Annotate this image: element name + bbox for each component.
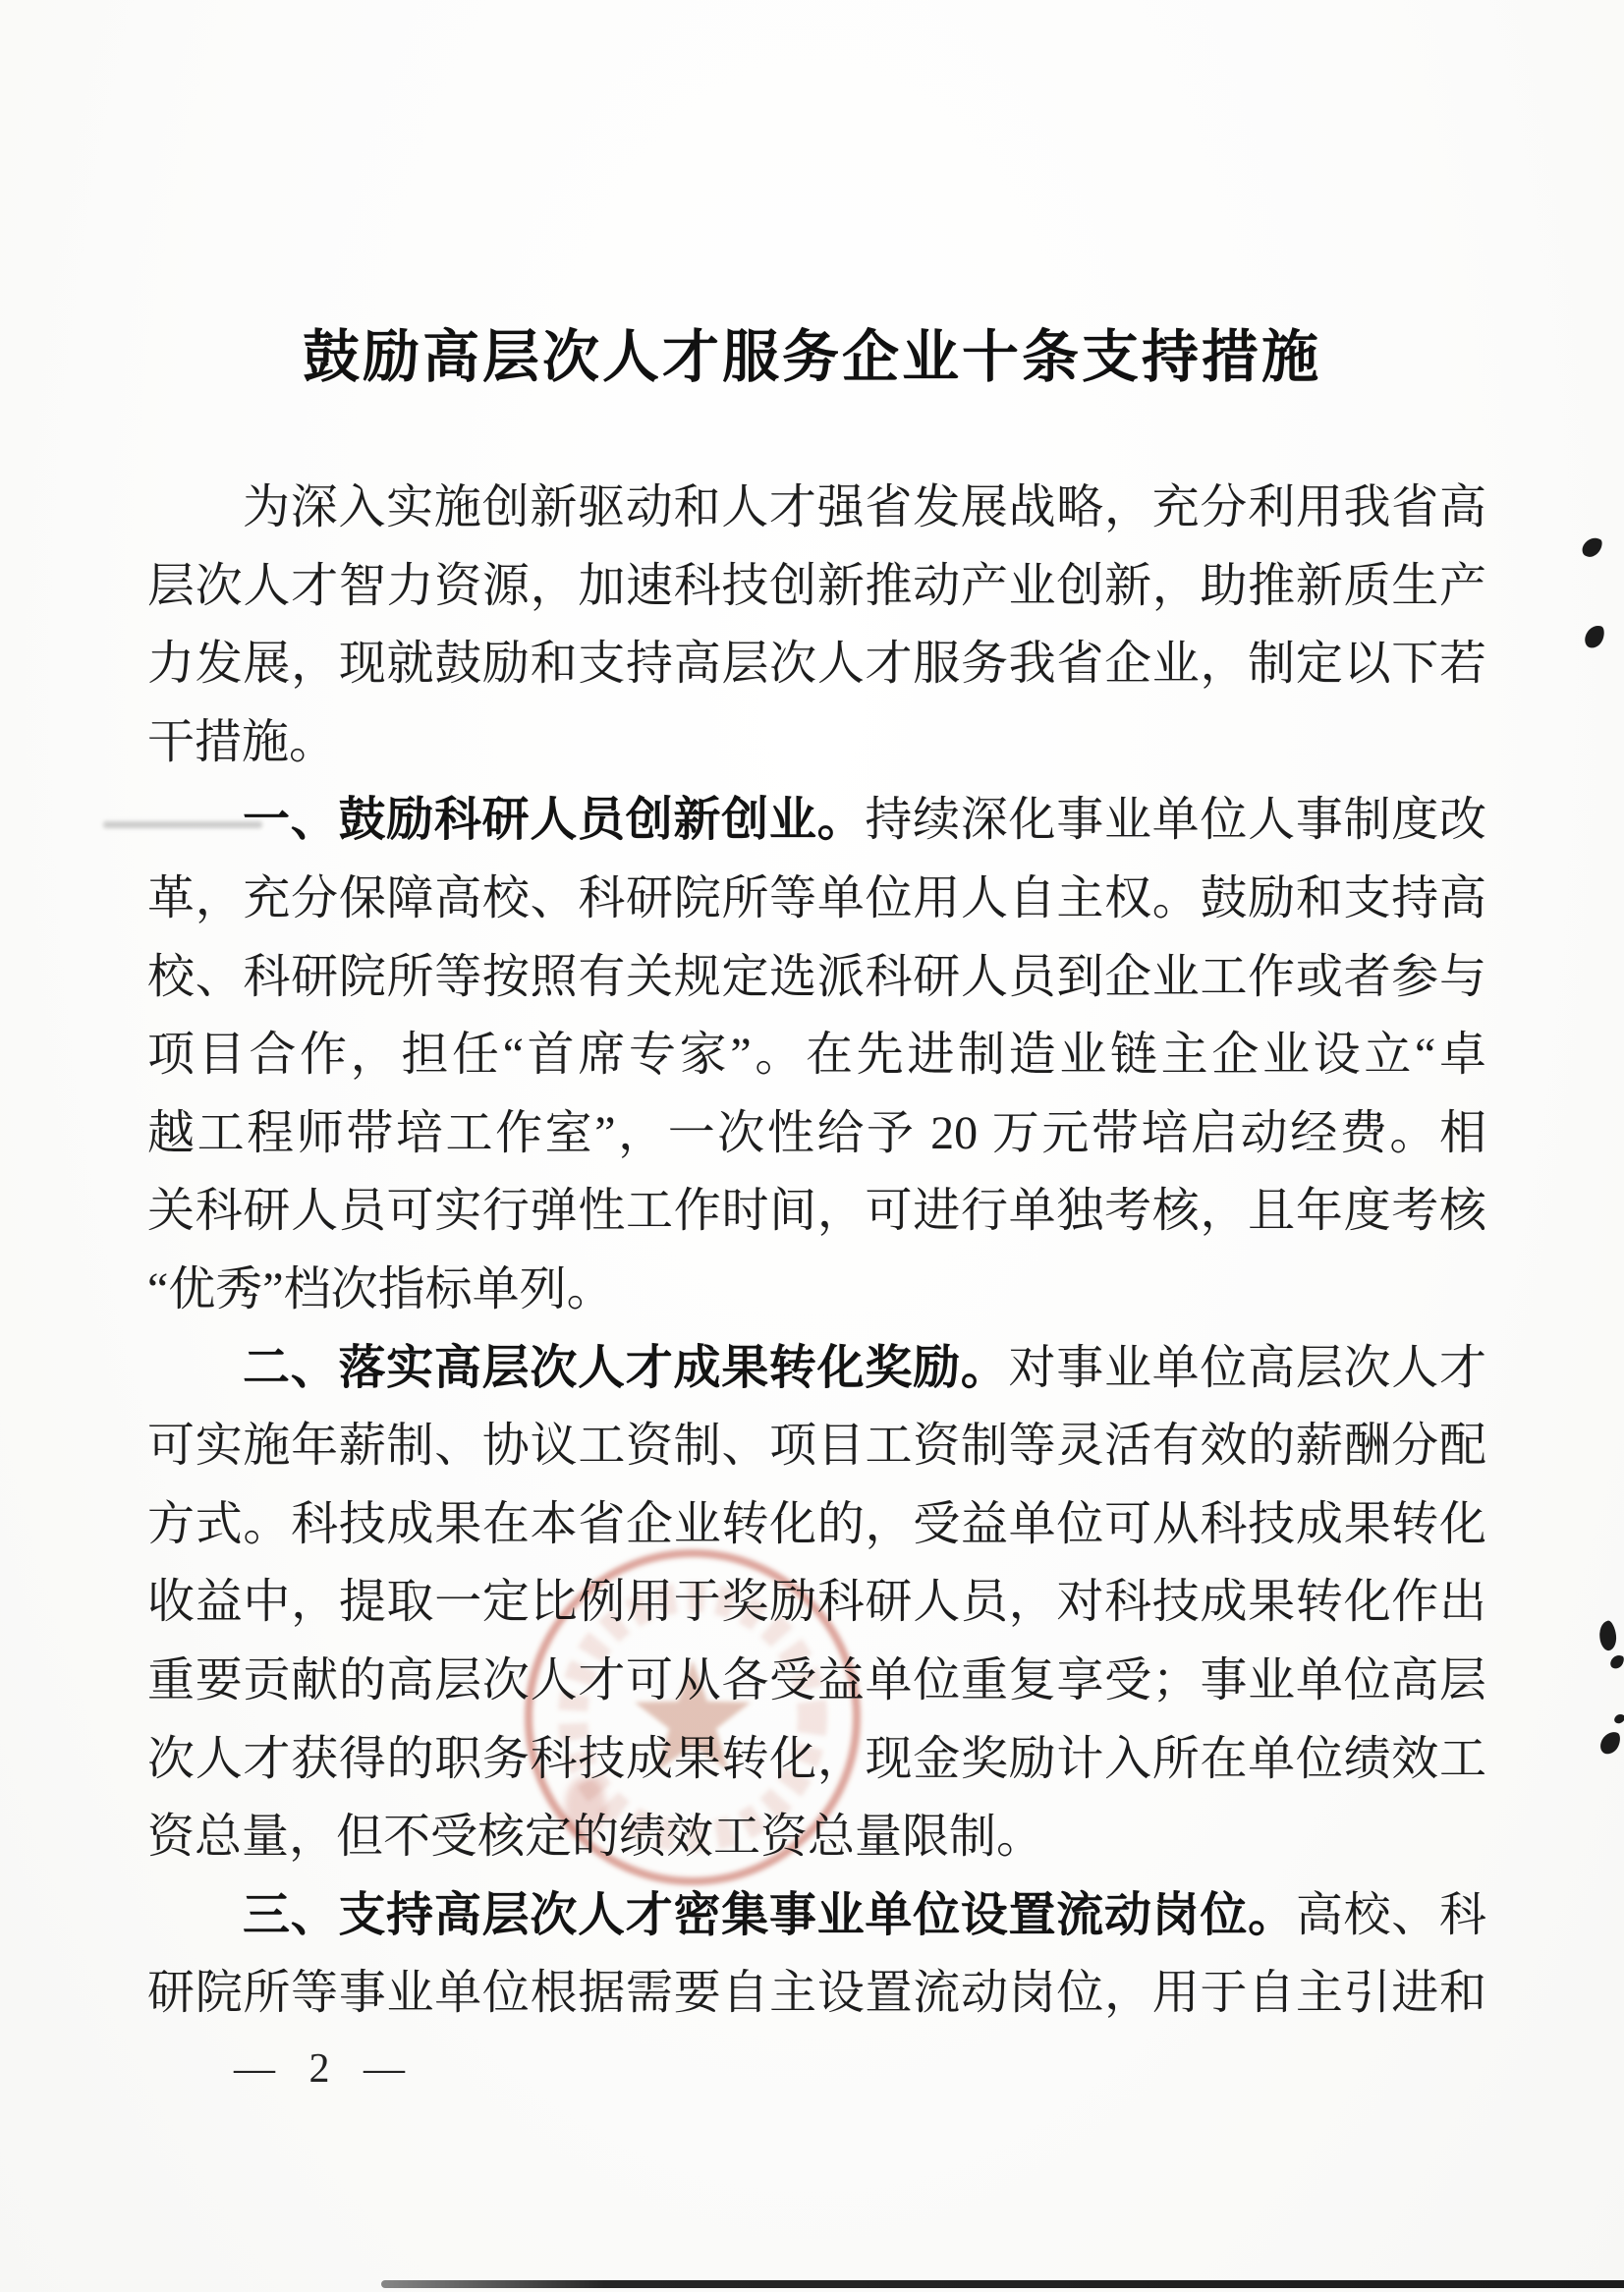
scan-edge-line — [381, 2280, 1624, 2288]
scanned-document-page: 鼓励高层次人才服务企业十条支持措施 为深入实施创新驱动和人才强省发展战略，充分利… — [0, 0, 1624, 2292]
body-text: 持续深化事业单位人事制度改 — [865, 794, 1486, 846]
body-text: 对事业单位高层次人才 — [1009, 1342, 1486, 1394]
text-line: 三、支持高层次人才密集事业单位设置流动岗位。高校、科 — [147, 1876, 1486, 1955]
body-text: 重要贡献的高层次人才可从各受益单位重复享受；事业单位高层 — [147, 1654, 1486, 1706]
text-line: 可实施年薪制、协议工资制、项目工资制等灵活有效的薪酬分配 — [147, 1407, 1486, 1485]
text-line: 收益中，提取一定比例用于奖励科研人员，对科技成果转化作出 — [147, 1563, 1486, 1642]
body-text: 项目合作，担任“首席专家”。在先进制造业链主企业设立“卓 — [147, 1029, 1486, 1081]
text-line: 层次人才智力资源，加速科技创新推动产业创新，助推新质生产 — [147, 547, 1486, 626]
text-line: 力发展，现就鼓励和支持高层次人才服务我省企业，制定以下若 — [147, 625, 1486, 703]
ink-speck — [1598, 1729, 1623, 1757]
body-text: 研院所等事业单位根据需要自主设置流动岗位，用于自主引进和 — [147, 1967, 1486, 2019]
body-text: 可实施年薪制、协议工资制、项目工资制等灵活有效的薪酬分配 — [147, 1420, 1486, 1472]
body-text: 越工程师带培工作室”，一次性给予 20 万元带培启动经费。相 — [147, 1107, 1486, 1159]
body-text: 为深入实施创新驱动和人才强省发展战略，充分利用我省高 — [243, 481, 1486, 533]
text-line: 次人才获得的职务科技成果转化，现金奖励计入所在单位绩效工 — [147, 1720, 1486, 1799]
body-text: 层次人才智力资源，加速科技创新推动产业创新，助推新质生产 — [147, 560, 1486, 612]
ink-speck — [1580, 533, 1605, 561]
ink-speck — [1583, 623, 1606, 650]
pencil-smudge — [103, 821, 262, 828]
body-text: 力发展，现就鼓励和支持高层次人才服务我省企业，制定以下若 — [147, 638, 1486, 690]
body-text: 收益中，提取一定比例用于奖励科研人员，对科技成果转化作出 — [147, 1576, 1486, 1628]
section-heading: 一、鼓励科研人员创新创业。 — [243, 794, 865, 846]
text-line: 二、落实高层次人才成果转化奖励。对事业单位高层次人才 — [147, 1329, 1486, 1408]
body-text: 干措施。 — [147, 716, 336, 768]
text-line: 干措施。 — [147, 703, 1486, 782]
text-line: 校、科研院所等按照有关规定选派科研人员到企业工作或者参与 — [147, 938, 1486, 1017]
text-line: 一、鼓励科研人员创新创业。持续深化事业单位人事制度改 — [147, 781, 1486, 860]
body-text: 校、科研院所等按照有关规定选派科研人员到企业工作或者参与 — [147, 951, 1486, 1003]
text-line: 研院所等事业单位根据需要自主设置流动岗位，用于自主引进和 — [147, 1954, 1486, 2033]
body-text: 高校、科 — [1296, 1889, 1486, 1941]
ink-speck — [1596, 1620, 1619, 1652]
body-text: 革，充分保障高校、科研院所等单位用人自主权。鼓励和支持高 — [147, 872, 1486, 924]
document-title: 鼓励高层次人才服务企业十条支持措施 — [0, 310, 1624, 393]
text-line: 资总量，但不受核定的绩效工资总量限制。 — [147, 1798, 1486, 1876]
text-line: 革，充分保障高校、科研院所等单位用人自主权。鼓励和支持高 — [147, 860, 1486, 938]
text-line: 为深入实施创新驱动和人才强省发展战略，充分利用我省高 — [147, 469, 1486, 547]
text-line: 越工程师带培工作室”，一次性给予 20 万元带培启动经费。相 — [147, 1094, 1486, 1173]
seal-ink-smear — [565, 1776, 606, 1837]
ink-speck — [1608, 1652, 1624, 1671]
page-number: — 2 — — [234, 2045, 417, 2093]
text-line: 方式。科技成果在本省企业转化的，受益单位可从科技成果转化 — [147, 1485, 1486, 1564]
text-line: 项目合作，担任“首席专家”。在先进制造业链主企业设立“卓 — [147, 1016, 1486, 1094]
section-heading: 三、支持高层次人才密集事业单位设置流动岗位。 — [243, 1889, 1296, 1941]
document-body: 为深入实施创新驱动和人才强省发展战略，充分利用我省高层次人才智力资源，加速科技创… — [147, 469, 1486, 2033]
text-line: 重要贡献的高层次人才可从各受益单位重复享受；事业单位高层 — [147, 1642, 1486, 1720]
section-heading: 二、落实高层次人才成果转化奖励。 — [243, 1342, 1009, 1394]
text-line: “优秀”档次指标单列。 — [147, 1251, 1486, 1329]
body-text: 关科研人员可实行弹性工作时间，可进行单独考核，且年度考核 — [147, 1185, 1486, 1237]
body-text: 方式。科技成果在本省企业转化的，受益单位可从科技成果转化 — [147, 1498, 1486, 1550]
text-line: 关科研人员可实行弹性工作时间，可进行单独考核，且年度考核 — [147, 1172, 1486, 1251]
ink-speck — [1613, 1711, 1624, 1725]
body-text: “优秀”档次指标单列。 — [147, 1263, 614, 1315]
body-text: 次人才获得的职务科技成果转化，现金奖励计入所在单位绩效工 — [147, 1733, 1486, 1785]
